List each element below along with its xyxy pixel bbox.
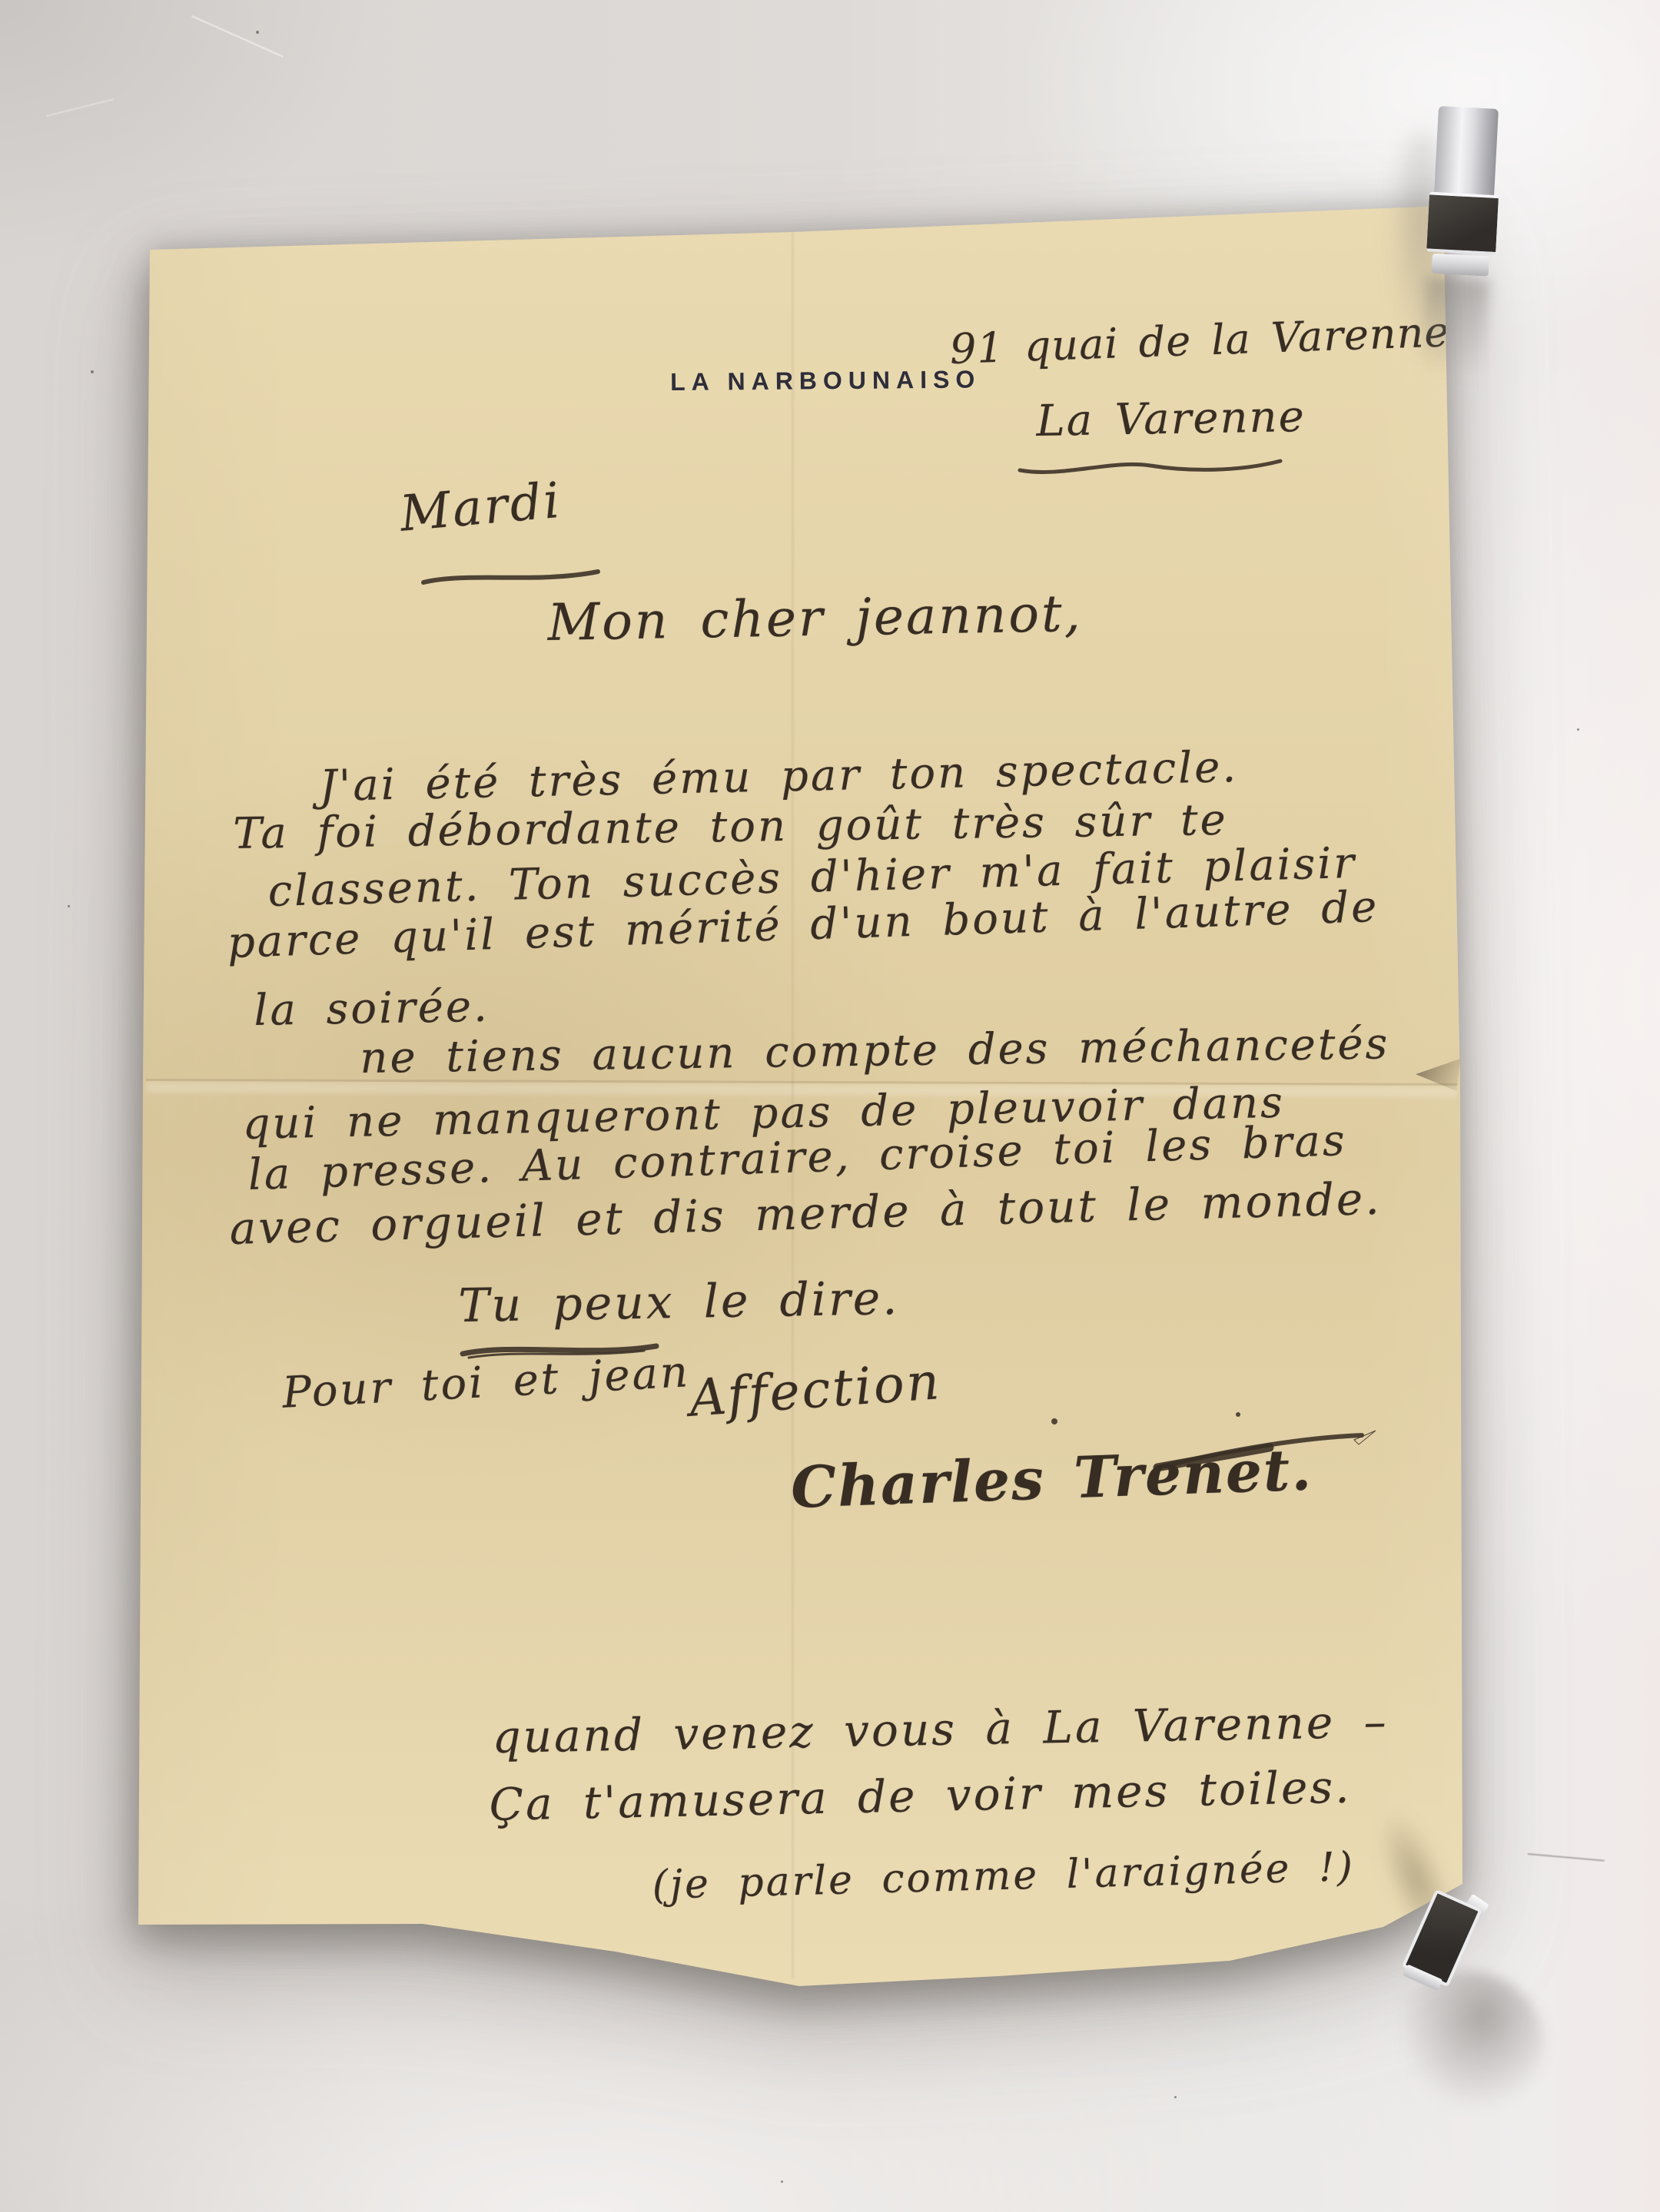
signature: Charles Trenet.: [790, 1441, 1313, 1517]
postscript-line: Ça t'amusera de voir mes toiles.: [489, 1765, 1352, 1827]
body-line: ne tiens aucun compte des méchancetés: [360, 1023, 1390, 1080]
postscript-line: quand venez vous à La Varenne –: [492, 1700, 1389, 1759]
address-line-2: La Varenne: [1036, 396, 1306, 443]
date-underline: [421, 565, 602, 589]
metal-clip-top-right: [1416, 105, 1508, 386]
address-line-1: 91 quai de la Varenne: [949, 311, 1450, 370]
address-underline-flourish: [1016, 453, 1285, 484]
body-line-emphasis: Tu peux le dire.: [458, 1275, 900, 1329]
clip-shaft: [1434, 106, 1499, 203]
closing-left: Pour toi et jean: [281, 1351, 691, 1415]
body-line: la soirée.: [254, 986, 490, 1033]
date-line: Mardi: [398, 476, 563, 539]
ink-dot: [1051, 1418, 1057, 1424]
clip-cast-shadow: [1422, 276, 1490, 379]
letterhead-printed: LA NARBOUNAISO: [670, 365, 981, 396]
photograph-of-letter: LA NARBOUNAISO 91 quai de la Varenne La …: [0, 0, 1660, 2212]
closing-right: Affection: [688, 1356, 943, 1424]
clip-dark-face: [1426, 191, 1499, 255]
postscript-line: (je parle comme l'araignée !): [652, 1847, 1356, 1905]
clip-lip: [1432, 254, 1489, 277]
ink-dot: [1236, 1412, 1240, 1417]
salutation: Mon cher jeannot,: [547, 589, 1083, 648]
